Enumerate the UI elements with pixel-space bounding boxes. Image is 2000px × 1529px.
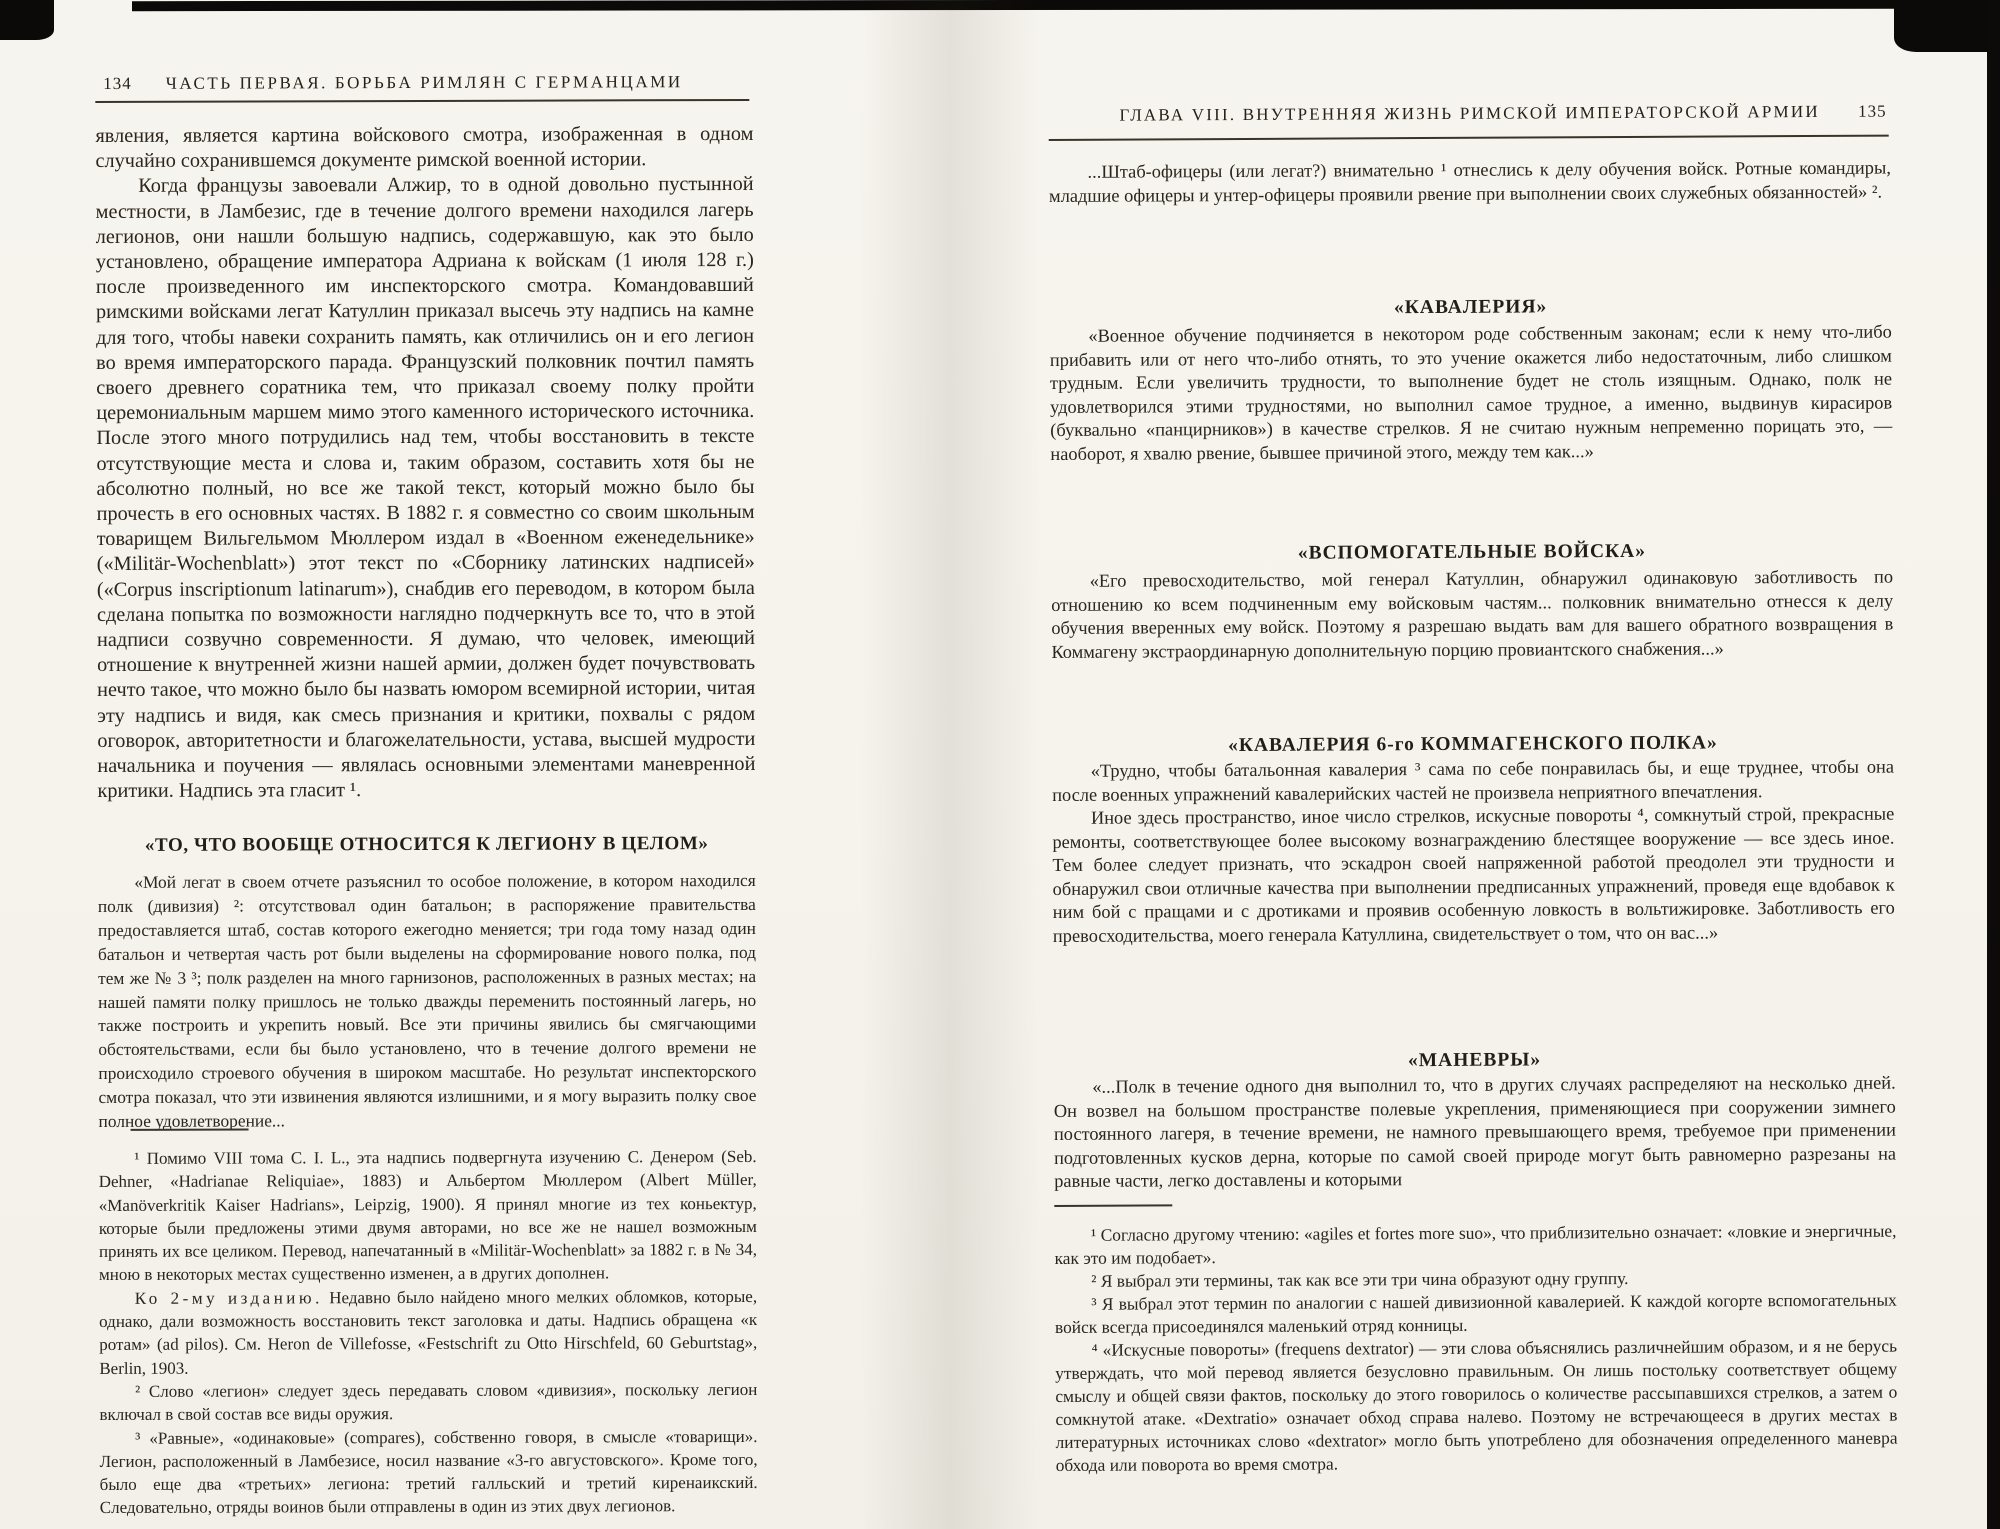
running-title-left: ЧАСТЬ ПЕРВАЯ. БОРЬБА РИМЛЯН С ГЕРМАНЦАМИ bbox=[166, 72, 683, 93]
paragraph-continuation: явления, является картина войскового смо… bbox=[95, 122, 753, 174]
main-text-left: явления, является картина войскового смо… bbox=[95, 122, 755, 805]
running-header-right: ГЛАВА VIII. ВНУТРЕННЯЯ ЖИЗНЬ РИМСКОЙ ИМП… bbox=[1049, 102, 1891, 126]
section-heading-auxiliary: «ВСПОМОГАТЕЛЬНЫЕ ВОЙСКА» bbox=[1051, 540, 1893, 566]
commagene-paragraph-2: Иное здесь пространство, иное число стре… bbox=[1052, 803, 1895, 948]
section-heading-maneuvers: «МАНЕВРЫ» bbox=[1054, 1048, 1896, 1074]
running-header-left: 134 ЧАСТЬ ПЕРВАЯ. БОРЬБА РИМЛЯН С ГЕРМАН… bbox=[95, 72, 753, 94]
footnotes-right: ¹ Согласно другому чтению: «agiles et fo… bbox=[1054, 1220, 1897, 1477]
book-scan: 134 ЧАСТЬ ПЕРВАЯ. БОРЬБА РИМЛЯН С ГЕРМАН… bbox=[0, 0, 2000, 1529]
footnote-rule-left bbox=[131, 1129, 249, 1131]
footnote-3: ³ Я выбрал этот термин по аналогии с наш… bbox=[1055, 1289, 1897, 1339]
footnote-2: ² Слово «легион» следует здесь передават… bbox=[99, 1378, 757, 1427]
inscription-quote-legion: «Мой легат в своем отчете разъяснил то о… bbox=[98, 869, 757, 1134]
header-rule-right bbox=[1049, 135, 1889, 141]
footnote-rule-right bbox=[1054, 1204, 1172, 1207]
scan-corner-top-left bbox=[0, 0, 54, 40]
footnotes-left: ¹ Помимо VIII тома C. I. L., эта надпись… bbox=[99, 1145, 758, 1520]
footnote-1: ¹ Помимо VIII тома C. I. L., эта надпись… bbox=[99, 1145, 757, 1287]
footnote-3: ³ «Равные», «одинаковые» (compares), соб… bbox=[99, 1424, 757, 1519]
section-heading-commagene: «КАВАЛЕРИЯ 6-го КОММАГЕНСКОГО ПОЛКА» bbox=[1052, 732, 1894, 758]
commagene-paragraph-1: «Трудно, чтобы батальонная кавалерия ³ с… bbox=[1052, 756, 1894, 807]
inscription-quote-auxiliary: «Его превосходительство, мой генерал Кат… bbox=[1051, 566, 1893, 664]
footnote-edition-label: Ко 2-му изданию. bbox=[135, 1288, 323, 1308]
page-gutter-shadow bbox=[860, 0, 1040, 1529]
section-heading-legion: «ТО, ЧТО ВООБЩЕ ОТНОСИТСЯ К ЛЕГИОНУ В ЦЕ… bbox=[98, 833, 756, 857]
inscription-quote-intro: ...Штаб-офицеры (или легат?) внимательно… bbox=[1049, 157, 1891, 208]
scan-right-edge-bar bbox=[1987, 0, 2000, 1529]
inscription-quote-maneuvers: «...Полк в течение одного дня выполнил т… bbox=[1054, 1072, 1897, 1194]
section-heading-cavalry: «КАВАЛЕРИЯ» bbox=[1050, 295, 1892, 321]
running-title-right: ГЛАВА VIII. ВНУТРЕННЯЯ ЖИЗНЬ РИМСКОЙ ИМП… bbox=[1119, 102, 1819, 125]
inscription-quote-commagene: «Трудно, чтобы батальонная кавалерия ³ с… bbox=[1052, 756, 1895, 948]
paragraph-lambaesis: Когда французы завоевали Алжир, то в одн… bbox=[96, 172, 756, 804]
footnote-edition-note: Ко 2-му изданию. Недавно было найдено мн… bbox=[99, 1285, 757, 1380]
footnote-4: ⁴ «Искусные повороты» (frequens dextrato… bbox=[1055, 1335, 1898, 1477]
footnote-1: ¹ Согласно другому чтению: «agiles et fo… bbox=[1054, 1220, 1896, 1270]
scan-corner-top-right bbox=[1894, 0, 2000, 52]
header-rule-left bbox=[95, 99, 749, 103]
page-number-left: 134 bbox=[103, 74, 132, 94]
inscription-quote-cavalry: «Военное обучение подчиняется в некоторо… bbox=[1050, 321, 1893, 466]
page-number-right: 135 bbox=[1858, 102, 1887, 122]
